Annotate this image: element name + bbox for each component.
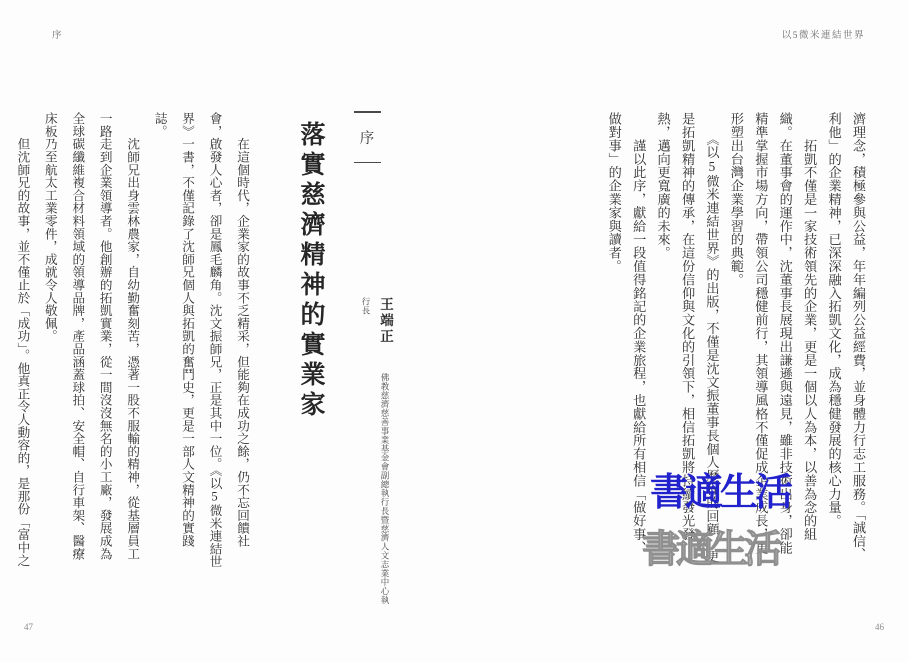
left-page-body-text: 在這個時代，企業家的故事不乏精采，但能夠在成功之餘，仍不忘回饋社會，啟發人心者，… bbox=[26, 112, 255, 568]
book-spread: 序 以5微米連結世界 濟理念，積極參與公益，年年編列公益經費，並身體力行志工服務… bbox=[0, 0, 909, 662]
preface-section-marker: 序 bbox=[351, 111, 383, 163]
author-name: 王端正 bbox=[378, 297, 393, 345]
preface-section-label: 序 bbox=[360, 127, 375, 148]
running-head-book-title: 以5微米連結世界 bbox=[782, 27, 865, 41]
decorative-rule-bottom bbox=[354, 162, 381, 164]
paragraph: 濟理念，積極參與公益，年年編列公益經費，並身體力行志工服務。「誠信、利他」的企業… bbox=[821, 112, 870, 564]
author-block: 王端正 佛教慈濟慈善事業基金會副總執行長暨慈濟人文志業中心執行長 bbox=[357, 297, 395, 612]
paragraph: 沈師兄出身雲林農家，自幼勤奮刻苦，憑著一股不服輸的精神，從基層員工一路走到企業領… bbox=[35, 112, 145, 568]
paragraph: 謹以此序，獻給一段值得銘記的企業旅程，也獻給所有相信「做好事、做對事」的企業家與… bbox=[601, 112, 650, 564]
decorative-rule-top bbox=[354, 111, 381, 113]
paragraph: 在這個時代，企業家的故事不乏精采，但能夠在成功之餘，仍不忘回饋社會，啟發人心者，… bbox=[145, 112, 255, 568]
page-number-left: 47 bbox=[24, 622, 33, 632]
page-number-right: 46 bbox=[875, 622, 884, 632]
watermark-echo: 書適生活 bbox=[642, 528, 778, 574]
running-head-section: 序 bbox=[52, 27, 63, 41]
paragraph: 但沈師兄的故事，並不僅止於「成功」。他真正令人動容的，是那份「富中之 bbox=[8, 112, 35, 568]
watermark-text: 書適生活 bbox=[650, 471, 790, 517]
preface-title: 落實慈濟精神的實業家 bbox=[292, 121, 328, 451]
